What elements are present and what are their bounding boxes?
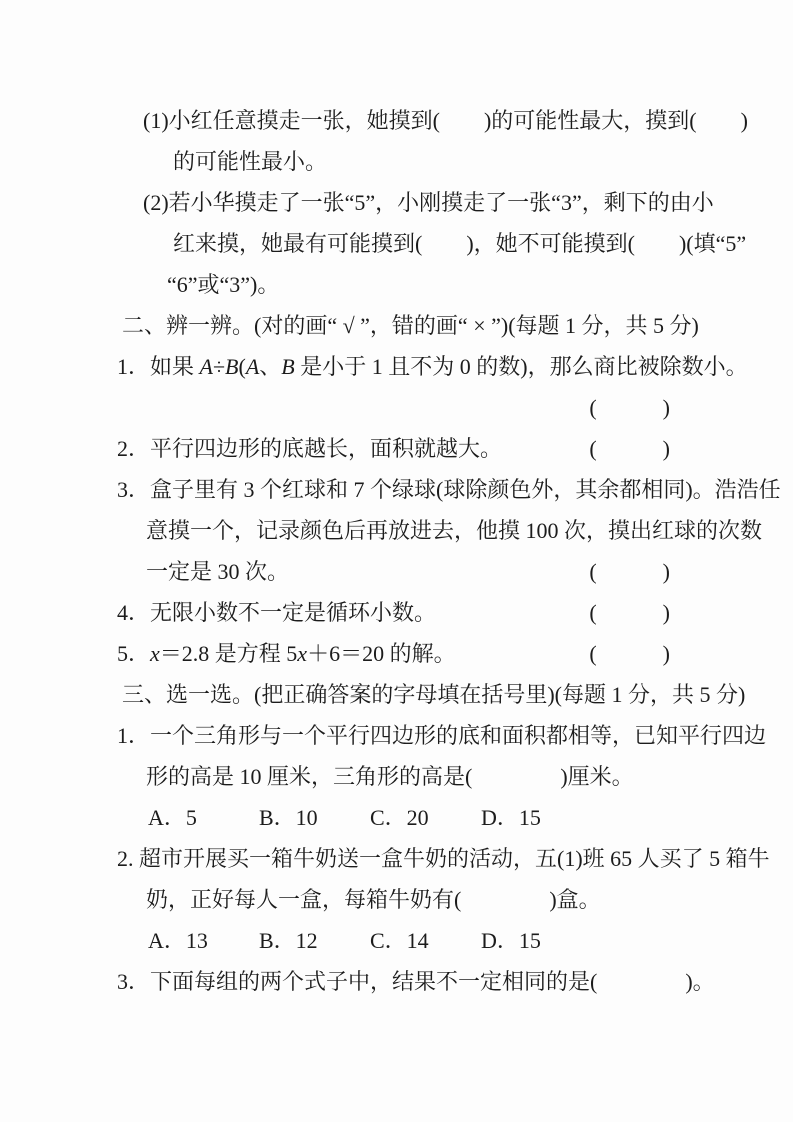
option-a: A．5 (148, 797, 259, 838)
choice-item-2-line1-text: 2. 超市开展买一箱牛奶送一盒牛奶的活动，五(1)班 65 人买了 5 箱牛 (117, 846, 770, 871)
variable-b2: B (281, 354, 294, 379)
section-choice-heading: 三、选一选。(把正确答案的字母填在括号里)(每题 1 分，共 5 分) (0, 674, 793, 715)
choice-item-2-options: A．13 B．12 C．14 D．15 (0, 920, 793, 961)
answer-blank: ( ) (589, 633, 670, 674)
judge-item-2: 2．平行四边形的底越长，面积就越大。 ( ) (0, 428, 793, 469)
choice-item-1-line2-text: 形的高是 10 厘米，三角形的高是( )厘米。 (146, 764, 634, 789)
variable-a2: A (246, 354, 259, 379)
judge-item-3-line3-text: 一定是 30 次。 (146, 551, 289, 592)
choice-item-2-line2: 奶，正好每人一盒，每箱牛奶有( )盒。 (0, 879, 793, 920)
judge-item-3-line3: 一定是 30 次。 ( ) (0, 551, 793, 592)
fill-in-sub2-line2-text: 红来摸，她最有可能摸到( )，她不可能摸到( )(填“5” (173, 231, 746, 256)
choice-item-1-line1: 1．一个三角形与一个平行四边形的底和面积都相等，已知平行四边 (0, 715, 793, 756)
variable-x: x (150, 641, 160, 666)
choice-item-1-line1-text: 1．一个三角形与一个平行四边形的底和面积都相等，已知平行四边 (117, 723, 766, 748)
answer-blank: ( ) (589, 551, 670, 592)
open-paren: ( (239, 354, 246, 379)
judge-item-5-eq2: ＋6＝20 的解。 (307, 641, 456, 666)
judge-item-1-text: 1．如果 (117, 354, 200, 379)
judge-item-5-marker: 5． (117, 641, 150, 666)
choice-item-1-line2: 形的高是 10 厘米，三角形的高是( )厘米。 (0, 756, 793, 797)
answer-blank: ( ) (589, 395, 670, 420)
option-d: D．15 (481, 920, 592, 961)
fill-in-sub1-line2-text: 的可能性最小。 (173, 149, 327, 174)
judge-item-3-line2-text: 意摸一个，记录颜色后再放进去，他摸 100 次，摸出红球的次数 (146, 518, 762, 543)
answer-blank: ( ) (589, 428, 670, 469)
option-a: A．13 (148, 920, 259, 961)
judge-item-3-line1: 3．盒子里有 3 个红球和 7 个绿球(球除颜色外，其余都相同)。浩浩任 (0, 469, 793, 510)
divide-sign: ÷ (213, 354, 225, 379)
fill-in-sub2-line1: (2)若小华摸走了一张“5”，小刚摸走了一张“3”，剩下的由小 (0, 182, 793, 223)
option-c: C．14 (370, 920, 481, 961)
judge-item-3-line2: 意摸一个，记录颜色后再放进去，他摸 100 次，摸出红球的次数 (0, 510, 793, 551)
variable-x2: x (297, 641, 307, 666)
option-b: B．10 (259, 797, 370, 838)
choice-item-2-line1: 2. 超市开展买一箱牛奶送一盒牛奶的活动，五(1)班 65 人买了 5 箱牛 (0, 838, 793, 879)
judge-item-5-runs: 5．x＝2.8 是方程 5x＋6＝20 的解。 (117, 633, 456, 674)
comma: 、 (259, 354, 281, 379)
judge-item-4: 4．无限小数不一定是循环小数。 ( ) (0, 592, 793, 633)
fill-in-sub2-line3: “6”或“3”)。 (0, 264, 793, 305)
choice-item-1-options: A．5 B．10 C．20 D．15 (0, 797, 793, 838)
fill-in-sub1-line1-text: (1)小红任意摸走一张，她摸到( )的可能性最大，摸到( ) (143, 108, 748, 133)
judge-item-1-answer-line: ( ) (0, 387, 793, 428)
fill-in-sub1-line2: 的可能性最小。 (0, 141, 793, 182)
choice-item-3-line1: 3．下面每组的两个式子中，结果不一定相同的是( )。 (0, 961, 793, 1002)
fill-in-sub1-line1: (1)小红任意摸走一张，她摸到( )的可能性最大，摸到( ) (0, 100, 793, 141)
judge-item-2-text: 2．平行四边形的底越长，面积就越大。 (117, 428, 502, 469)
fill-in-sub2-line2: 红来摸，她最有可能摸到( )，她不可能摸到( )(填“5” (0, 223, 793, 264)
choice-item-2-line2-text: 奶，正好每人一盒，每箱牛奶有( )盒。 (146, 887, 601, 912)
judge-item-1: 1．如果 A÷B(A、B 是小于 1 且不为 0 的数)，那么商比被除数小。 (0, 346, 793, 387)
section-judge-heading: 二、辨一辨。(对的画“ √ ”，错的画“ × ”)(每题 1 分，共 5 分) (0, 305, 793, 346)
section-choice-heading-text: 三、选一选。(把正确答案的字母填在括号里)(每题 1 分，共 5 分) (122, 682, 745, 707)
fill-in-sub2-line1-text: (2)若小华摸走了一张“5”，小刚摸走了一张“3”，剩下的由小 (143, 190, 714, 215)
judge-item-3-line1-text: 3．盒子里有 3 个红球和 7 个绿球(球除颜色外，其余都相同)。浩浩任 (117, 477, 781, 502)
option-c: C．20 (370, 797, 481, 838)
variable-a: A (200, 354, 213, 379)
judge-item-5: 5．x＝2.8 是方程 5x＋6＝20 的解。 ( ) (0, 633, 793, 674)
option-b: B．12 (259, 920, 370, 961)
option-d: D．15 (481, 797, 592, 838)
section-judge-heading-text: 二、辨一辨。(对的画“ √ ”，错的画“ × ”)(每题 1 分，共 5 分) (122, 313, 699, 338)
judge-item-1-text-rest: 是小于 1 且不为 0 的数)，那么商比被除数小。 (295, 354, 748, 379)
answer-blank: ( ) (589, 592, 670, 633)
judge-item-4-text: 4．无限小数不一定是循环小数。 (117, 592, 436, 633)
fill-in-sub2-line3-text: “6”或“3”)。 (167, 272, 279, 297)
variable-b: B (225, 354, 238, 379)
choice-item-3-line1-text: 3．下面每组的两个式子中，结果不一定相同的是( )。 (117, 969, 715, 994)
judge-item-5-eq1: ＝2.8 是方程 5 (160, 641, 298, 666)
test-paper-page: (1)小红任意摸走一张，她摸到( )的可能性最大，摸到( ) 的可能性最小。 (… (0, 0, 793, 1122)
